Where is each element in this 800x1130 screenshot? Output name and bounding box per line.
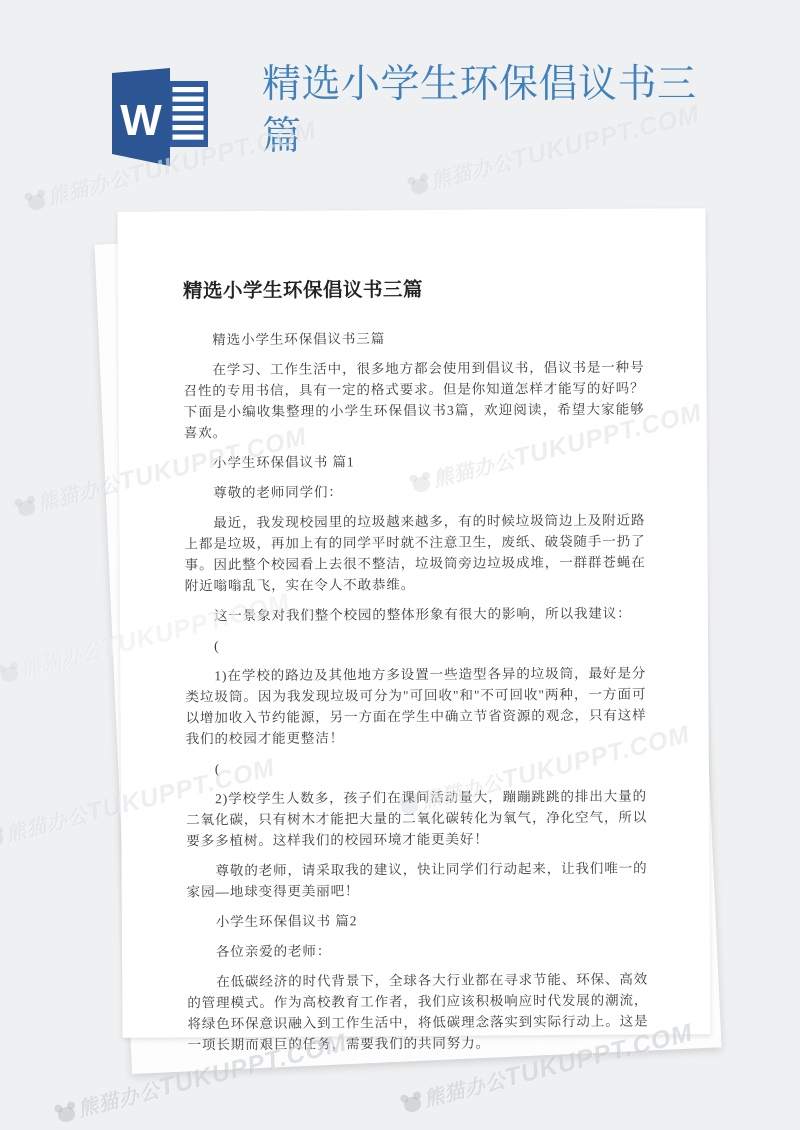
watermark-brand: 熊猫办公	[422, 1070, 509, 1112]
panda-logo-icon	[16, 499, 36, 518]
doc-paragraph: 1)在学校的路边及其他地方多设置一些造型各异的垃圾筒，最好是分类垃圾筒。因为我发…	[185, 663, 647, 750]
doc-paragraph: 各位亲爱的老师：	[187, 939, 648, 963]
doc-paragraph: 2)学校学生人数多，孩子们在课间活动量大，蹦蹦跳跳的排出大量的二氧化碳，只有树木…	[186, 786, 647, 852]
panda-logo-icon	[0, 665, 20, 684]
doc-heading: 精选小学生环保倡议书三篇	[183, 277, 644, 306]
doc-paragraph: 小学生环保倡议书 篇1	[184, 450, 645, 474]
paper-page: 精选小学生环保倡议书三篇 精选小学生环保倡议书三篇在学习、工作生活中，很多地方都…	[117, 208, 710, 1038]
watermark-brand: 熊猫办公	[4, 805, 91, 847]
panda-logo-icon	[0, 830, 5, 849]
doc-paragraph: 最近，我发现校园里的垃圾越来越多，有的时候垃圾筒边上及附近路上都是垃圾，再加上有…	[184, 510, 646, 597]
word-icon-letter: W	[120, 96, 162, 145]
doc-paragraph: (	[186, 756, 647, 780]
doc-paragraphs: 精选小学生环保倡议书三篇在学习、工作生活中，很多地方都会使用到倡议书，倡议书是一…	[183, 327, 648, 1056]
page-title: 精选小学生环保倡议书三篇	[262, 59, 714, 163]
doc-paragraph: 尊敬的老师同学们：	[184, 480, 645, 504]
page-background: W 精选小学生环保倡议书三篇 精选小学生环保倡议书三篇 精选小学生环保倡议书三篇…	[0, 0, 800, 1130]
doc-paragraph: 在学习、工作生活中，很多地方都会使用到倡议书，倡议书是一种号召性的专用书信，具有…	[183, 357, 645, 444]
doc-paragraph: 在低碳经济的时代背景下，全球各大行业都在寻求节能、环保、高效的管理模式。作为高校…	[187, 969, 649, 1056]
word-icon-graphic: W	[108, 62, 213, 172]
watermark-brand: 熊猫办公	[19, 640, 106, 682]
panda-logo-icon	[402, 1095, 422, 1114]
doc-paragraph: 这一景象对我们整个校园的整体形象有很大的影响，所以我建议：	[185, 603, 646, 627]
doc-paragraph: (	[185, 633, 646, 657]
panda-logo-icon	[56, 1105, 76, 1124]
doc-paragraph: 小学生环保倡议书 篇2	[187, 909, 648, 933]
doc-paragraph: 尊敬的老师，请采取我的建议，快让同学们行动起来，让我们唯一的家园—地球变得更美丽…	[186, 858, 647, 903]
header: W 精选小学生环保倡议书三篇	[0, 0, 800, 200]
watermark-brand: 熊猫办公	[76, 1080, 163, 1122]
word-file-icon: W	[108, 62, 213, 172]
doc-paragraph: 精选小学生环保倡议书三篇	[183, 327, 644, 351]
